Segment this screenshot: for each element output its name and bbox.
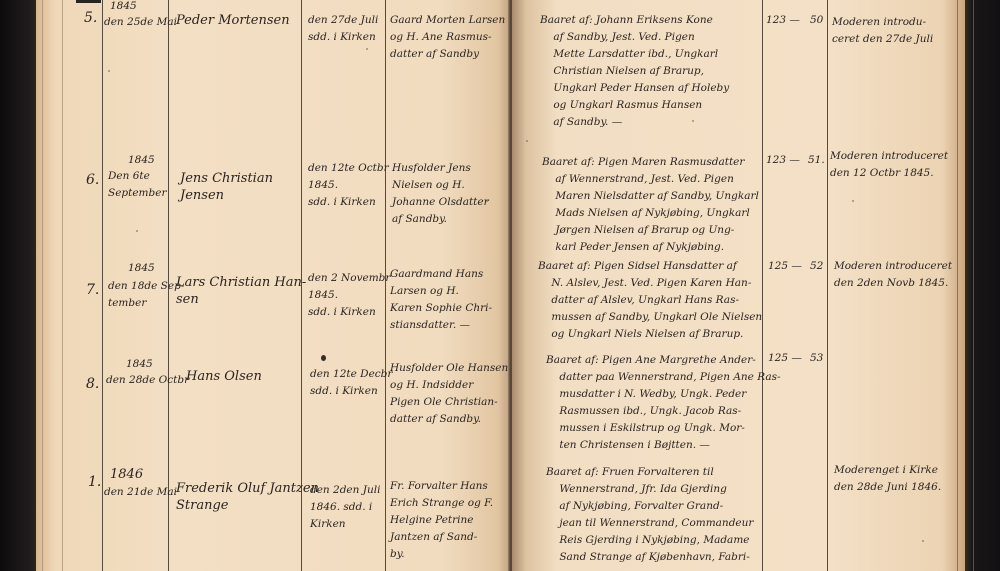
- entry-notes: Moderen introdu- ceret den 27de Juli: [832, 14, 933, 48]
- right-page: Baaret af: Johann Eriksens Kone af Sandb…: [512, 0, 965, 571]
- entry-birth: den 12te Octbr 1845. sdd. i Kirken: [308, 160, 389, 211]
- entry-ref-number: 51.: [808, 152, 825, 169]
- entry-name: Jens Christian Jensen: [180, 170, 273, 204]
- entry-date: den 18de Sep- tember: [108, 278, 184, 312]
- entry-year: 1845: [128, 152, 155, 169]
- entry-parents: Husfolder Ole Hansen og H. Indsidder Pig…: [390, 360, 508, 428]
- entry-sponsors: Baaret af: Pigen Maren Rasmusdatter af W…: [542, 154, 759, 256]
- entry-number: 7.: [86, 282, 99, 299]
- entry-page-ref: 125 —: [768, 258, 802, 275]
- entry-ref-number: 52: [810, 258, 823, 275]
- entry-date: den 25de Mai: [104, 14, 177, 31]
- entry-name: Frederik Oluf Jantzen Strange: [176, 480, 319, 514]
- entry-birth: den 2 Novembr 1845. sdd. i Kirken: [308, 270, 390, 321]
- left-page: 5. 1845 den 25de Mai Peder Mortensen den…: [36, 0, 512, 571]
- entry-parents: Gaardmand Hans Larsen og H. Karen Sophie…: [390, 266, 492, 334]
- entry-name: Lars Christian Han- sen: [176, 274, 306, 308]
- entry-number: 1.: [88, 474, 101, 491]
- entry-ref-number: 50: [810, 12, 823, 29]
- entry-birth: den 27de Juli sdd. i Kirken: [308, 12, 378, 46]
- entry-sponsors: Baaret af: Fruen Forvalteren til Wenners…: [546, 464, 753, 566]
- entry-date: den 21de Mai: [104, 484, 177, 501]
- entry-notes: Moderen introduceret den 12 Octbr 1845.: [830, 148, 948, 182]
- book-cover-right: [965, 0, 1000, 571]
- entry-notes: Moderenget i Kirke den 28de Juni 1846.: [834, 462, 941, 496]
- entry-year: 1845: [128, 260, 155, 277]
- page-tab-marker: [76, 0, 101, 3]
- entry-page-ref: 125 —: [768, 350, 802, 367]
- entry-date: den 28de Octbr: [106, 372, 189, 389]
- entry-parents: Husfolder Jens Nielsen og H. Johanne Ols…: [392, 160, 489, 228]
- entry-page-ref: 123 —: [766, 12, 800, 29]
- entry-year: 1845: [126, 356, 153, 373]
- entry-sponsors: Baaret af: Pigen Sidsel Hansdatter af N.…: [538, 258, 762, 343]
- entry-birth: den 12te Decbr sdd. i Kirken: [310, 366, 392, 400]
- entry-number: 8.: [86, 376, 99, 393]
- entry-sponsors: Baaret af: Pigen Ane Margrethe Ander- da…: [546, 352, 781, 454]
- entry-page-ref: 123 —: [766, 152, 800, 169]
- entry-number: 6.: [86, 172, 99, 189]
- entry-parents: Fr. Forvalter Hans Erich Strange og F. H…: [390, 478, 493, 563]
- column-rule-notes: [957, 0, 958, 571]
- entry-name: Peder Mortensen: [176, 12, 290, 29]
- book-cover-left: [0, 0, 36, 571]
- register-spread: 5. 1845 den 25de Mai Peder Mortensen den…: [0, 0, 1000, 571]
- entry-name: Hans Olsen: [186, 368, 262, 385]
- entry-birth: den 2den Juli 1846. sdd. i Kirken: [310, 482, 380, 533]
- column-rule-no: [102, 0, 103, 571]
- entry-sponsors: Baaret af: Johann Eriksens Kone af Sandb…: [540, 12, 729, 131]
- entry-notes: Moderen introduceret den 2den Novb 1845.: [834, 258, 952, 292]
- column-rule-ref: [827, 0, 828, 571]
- entry-ref-number: 53: [810, 350, 823, 367]
- entry-parents: Gaard Morten Larsen og H. Ane Rasmus- da…: [390, 12, 505, 63]
- entry-number: 5.: [84, 10, 97, 27]
- entry-year: 1845: [110, 0, 137, 15]
- entry-date: Den 6te September: [108, 168, 166, 202]
- entry-year: 1846: [110, 466, 143, 483]
